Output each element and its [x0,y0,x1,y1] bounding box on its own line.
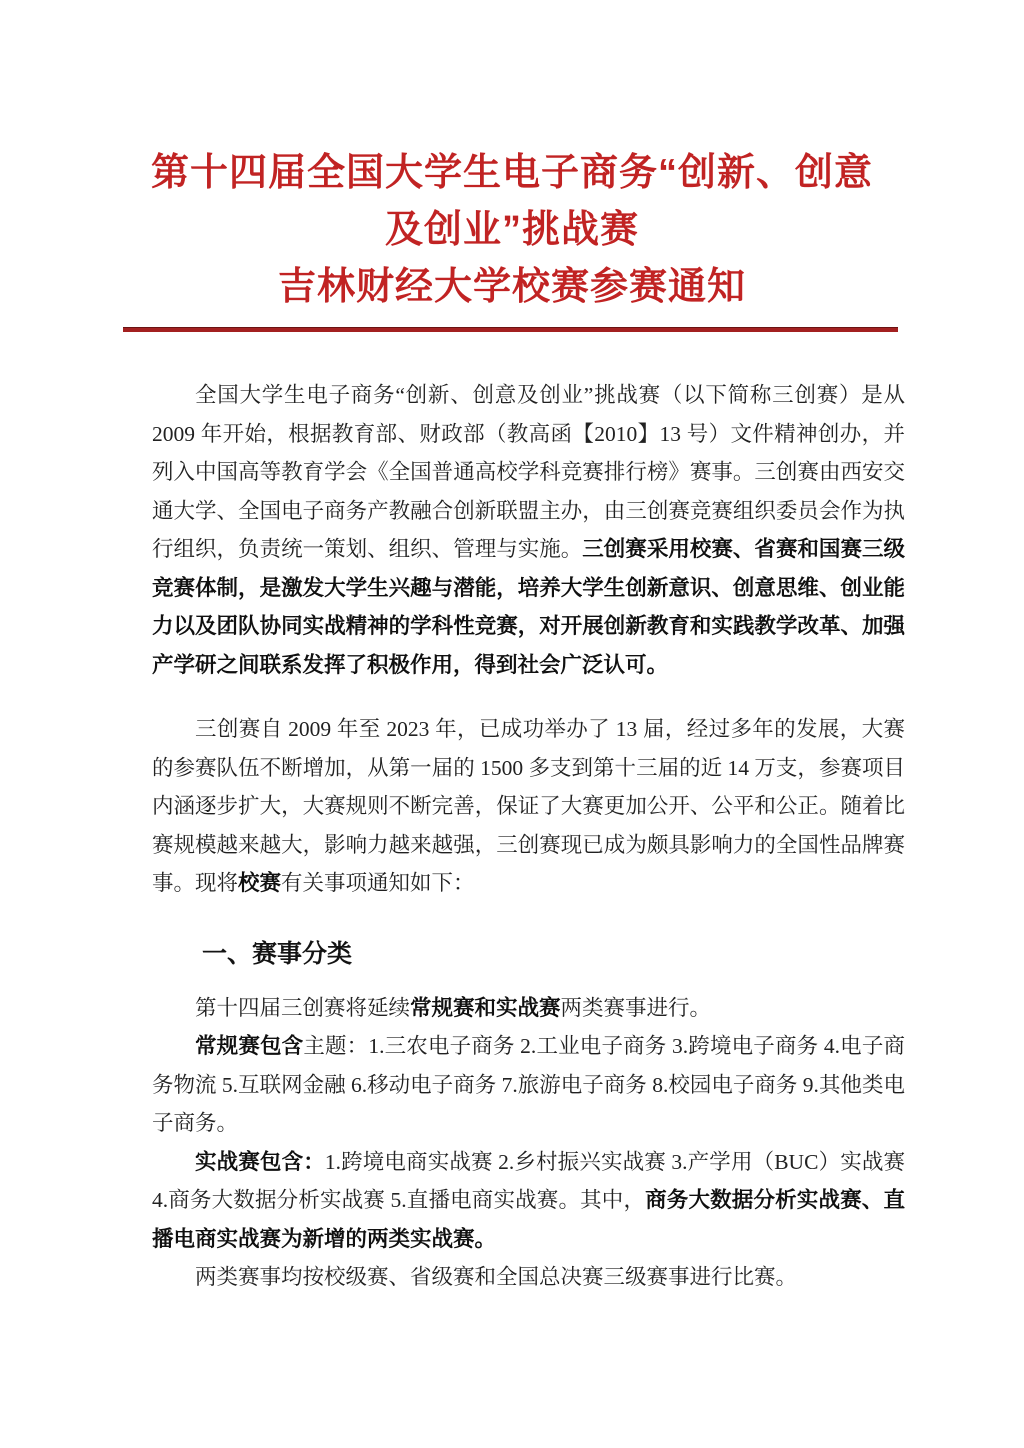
document-body: 全国大学生电子商务“创新、创意及创业”挑战赛（以下简称三创赛）是从 2009 年… [152,376,905,1297]
paragraph-practical-contest-topics: 实战赛包含：1.跨境电商实战赛 2.乡村振兴实战赛 3.产学用（BUC）实战赛 … [152,1143,905,1259]
document-page: 第十四届全国大学生电子商务“创新、创意 及创业”挑战赛 吉林财经大学校赛参赛通知… [0,0,1024,1448]
text-run: 第十四届三创赛将延续 [195,996,410,1020]
bold-run: 常规赛包含 [195,1034,303,1058]
title-line-1: 第十四届全国大学生电子商务“创新、创意 [60,145,964,202]
section-heading-classification: 一、赛事分类 [152,934,905,974]
bold-run: 校赛 [238,871,281,895]
text-run: 全国大学生电子商务“创新、创意及创业”挑战赛（以下简称三创赛）是从 2009 年… [152,383,905,561]
text-run: 两类赛事进行。 [561,996,712,1020]
title-line-2: 及创业”挑战赛 [60,202,964,259]
paragraph-three-levels: 两类赛事均按校级赛、省级赛和全国总决赛三级赛事进行比赛。 [152,1258,905,1297]
bold-run: 常规赛和实战赛 [410,996,561,1020]
text-run: 三创赛自 2009 年至 2023 年，已成功举办了 13 届，经过多年的发展，… [152,717,905,895]
text-run: 有关事项通知如下： [281,871,475,895]
title-line-3: 吉林财经大学校赛参赛通知 [60,259,964,316]
paragraph-history: 三创赛自 2009 年至 2023 年，已成功举办了 13 届，经过多年的发展，… [152,710,905,903]
text-run: 两类赛事均按校级赛、省级赛和全国总决赛三级赛事进行比赛。 [195,1265,797,1289]
bold-run: 实战赛包含： [195,1150,325,1174]
paragraph-regular-contest-topics: 常规赛包含主题：1.三农电子商务 2.工业电子商务 3.跨境电子商务 4.电子商… [152,1027,905,1143]
title-divider-rule [123,327,898,332]
document-title: 第十四届全国大学生电子商务“创新、创意 及创业”挑战赛 吉林财经大学校赛参赛通知 [60,145,964,316]
paragraph-intro: 全国大学生电子商务“创新、创意及创业”挑战赛（以下简称三创赛）是从 2009 年… [152,376,905,684]
paragraph-two-categories: 第十四届三创赛将延续常规赛和实战赛两类赛事进行。 [152,989,905,1028]
